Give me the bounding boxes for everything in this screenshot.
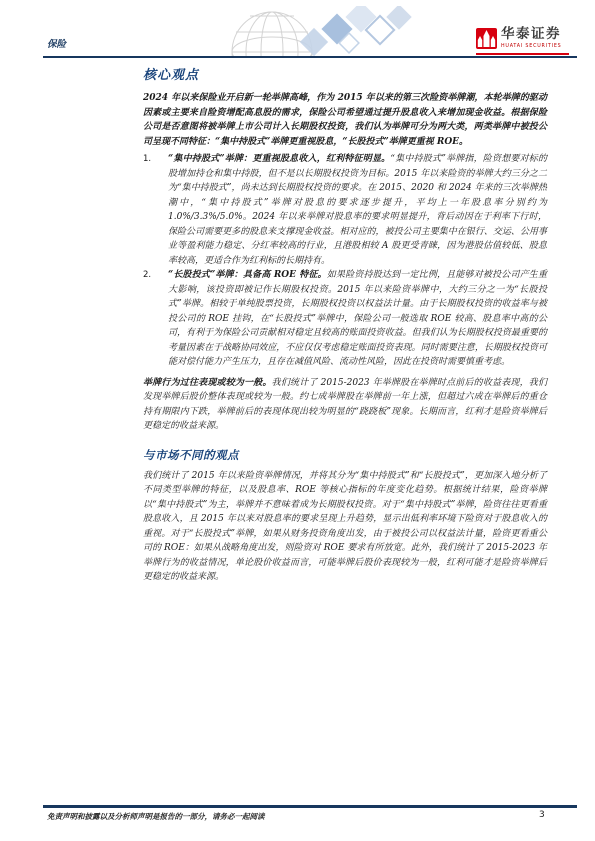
item-text: “集中持股式”举牌：更重视股息收入，红利特征明显。“集中持股式”举牌指，险资想要… [157,152,547,268]
header-divider [43,56,577,58]
section-title-different-views: 与市场不同的观点 [143,447,547,463]
item-number: 1. [143,152,157,268]
performance-lead: 举牌行为过往表现或较为一般。 [143,378,272,388]
item-lead: “长股投式”举牌：具备高 ROE 特征。 [168,270,327,280]
list-item-concentrated-holding: 1. “集中持股式”举牌：更重视股息收入，红利特征明显。“集中持股式”举牌指，险… [143,152,547,268]
item-lead: “集中持股式”举牌：更重视股息收入，红利特征明显。 [168,154,390,164]
item-number: 2. [143,268,157,370]
brand-name: 华泰证券 [501,27,562,42]
item-body: “集中持股式”举牌指，险资想要对标的股增加持仓和集中持股，但不是以长期股权投资为… [168,154,547,266]
huatai-logo: 华泰证券 HUATAI SECURITIES [476,27,570,49]
report-body: 核心观点 2024 年以来保险业开启新一轮举牌高峰，作为 2015 年以来的第三… [143,64,547,588]
item-body: 如果险资持股达到一定比例，且能够对被投公司产生重大影响，该投资即被记作长期股权投… [168,270,547,367]
footer-disclaimer: 免责声明和披露以及分析师声明是报告的一部分，请务必一起阅读 [47,811,265,822]
different-views-paragraph: 我们统计了 2015 年以来险资举牌情况，并将其分为“集中持股式”和“长股投式”… [143,469,547,585]
item-text: “长股投式”举牌：具备高 ROE 特征。如果险资持股达到一定比例，且能够对被投公… [157,268,547,370]
intro-paragraph: 2024 年以来保险业开启新一轮举牌高峰，作为 2015 年以来的第三次险资举牌… [143,91,547,149]
page-number: 3 [539,810,545,820]
performance-paragraph: 举牌行为过往表现或较为一般。我们统计了 2015-2023 年举牌股在举牌时点前… [143,376,547,434]
report-category-label: 保险 [47,36,66,50]
section-title-core-views: 核心观点 [143,64,547,83]
header-watermark-graphic [192,6,432,56]
huatai-logo-icon [476,27,497,49]
footer-divider [43,805,577,808]
list-item-long-equity: 2. “长股投式”举牌：具备高 ROE 特征。如果险资持股达到一定比例，且能够对… [143,268,547,370]
brand-tagline: HUATAI SECURITIES [501,44,562,49]
logo-underline [476,53,569,55]
report-page: 保险 [0,0,595,841]
numbered-list: 1. “集中持股式”举牌：更重视股息收入，红利特征明显。“集中持股式”举牌指，险… [143,152,547,370]
globe-diamonds-art [192,6,432,56]
